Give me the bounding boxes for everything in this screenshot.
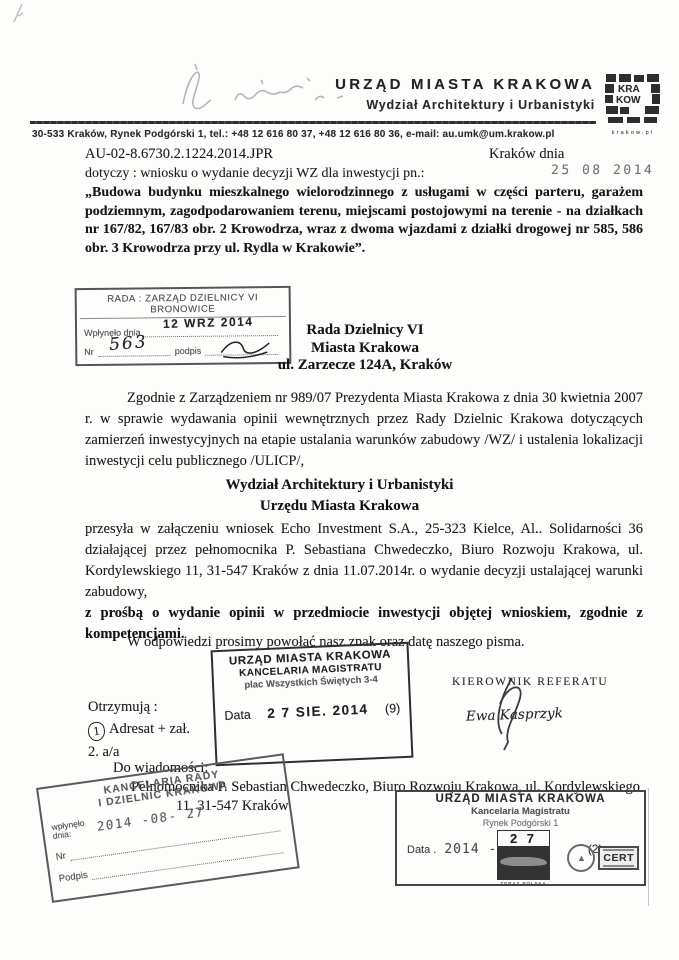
- br-stamp-date-day: 2 7: [497, 830, 550, 847]
- registry-stamp-bottom-right: URZĄD MIASTA KRAKOWA Kancelaria Magistra…: [395, 790, 646, 886]
- address-line: 30-533 Kraków, Rynek Podgórski 1, tel.: …: [32, 129, 555, 140]
- recipient-line3: ul. Zarzecze 124A, Kraków: [240, 357, 490, 375]
- body-paragraph-2-text: przesyła w załączeniu wniosek Echo Inves…: [85, 519, 643, 603]
- teraz-polska-flag-icon: [497, 847, 550, 880]
- org-name: URZĄD MIASTA KRAKOWA: [335, 76, 595, 93]
- cert-label: CERT: [603, 852, 634, 864]
- recipient-line1: Rada Dzielnicy VI: [240, 322, 490, 340]
- teraz-polska-caption: TERAZ POLSKA: [497, 881, 550, 886]
- distribution-heading: Otrzymują :: [88, 696, 190, 718]
- rada-stamp-title2: BRONOWICE: [80, 303, 286, 316]
- teraz-polska-logo: 2 7 TERAZ POLSKA: [497, 830, 550, 886]
- circled-number: 1: [87, 721, 106, 742]
- center-stamp-date: 2 7 SIE. 2014: [267, 702, 369, 721]
- rada-nr-handwritten: 563: [108, 332, 148, 355]
- header-rule: [30, 121, 596, 124]
- re-line: dotyczy : wniosku o wydanie decyzji WZ d…: [85, 166, 425, 182]
- distribution-list: Otrzymują : 1Adresat + zał. 2. a/a: [88, 696, 190, 763]
- krakow-logo-icon: KRA KOW: [605, 74, 661, 124]
- council-received-date-stamp: 2014 -08- 27: [96, 803, 205, 833]
- br-stamp-line2: Kancelaria Magistratu: [397, 806, 644, 817]
- iso-seal-icon: ▲: [567, 844, 595, 872]
- br-stamp-line3: Rynek Podgórski 1: [397, 818, 644, 828]
- document-page: URZĄD MIASTA KRAKOWA Wydział Architektur…: [0, 0, 679, 960]
- cert-bar: [603, 849, 634, 851]
- distribution-item-1: 1Adresat + zał.: [88, 718, 190, 741]
- registry-stamp-center: URZĄD MIASTA KRAKOWA KANCELARIA MAGISTRA…: [211, 642, 414, 767]
- council-registry-stamp: KANCELARIA RADY I DZIELNIC KRAKOWA wpłyn…: [36, 753, 300, 903]
- center-stamp-date-label: Data: [224, 708, 251, 723]
- br-stamp-date-label: Data .: [407, 844, 436, 856]
- council-received-label-2: dnia:: [52, 828, 86, 842]
- cert-badge: ▲ CERT: [567, 844, 639, 872]
- dept-heading-line2: Urzędu Miasta Krakowa: [0, 496, 679, 517]
- recipient-line2: Miasta Krakowa: [240, 340, 490, 358]
- body-paragraph-2: przesyła w załączeniu wniosek Echo Inves…: [85, 519, 643, 645]
- krakow-logo: KRA KOW krakow.pl: [604, 74, 662, 136]
- dept-heading: Wydział Architektury i Urbanistyki Urzęd…: [0, 475, 679, 517]
- cert-bar: [603, 865, 634, 867]
- subject-paragraph: „Budowa budynku mieszkalnego wielorodzin…: [85, 184, 643, 258]
- recipient-block: Rada Dzielnicy VI Miasta Krakowa ul. Zar…: [240, 322, 490, 375]
- place-date-label: Kraków dnia: [489, 146, 564, 163]
- dept-name: Wydział Architektury i Urbanistyki: [366, 98, 595, 112]
- council-nr-label: Nr: [55, 851, 66, 863]
- signer-name: Ewa Kasprzyk: [466, 705, 563, 724]
- date-stamp-top: 25 08 2014: [551, 163, 655, 178]
- distribution-item-1-label: Adresat + zał.: [109, 721, 190, 737]
- logo-text-top: KRA: [618, 84, 640, 95]
- cert-label-box: CERT: [598, 846, 639, 870]
- logo-caption: krakow.pl: [604, 130, 662, 136]
- rada-sign-label: podpis: [175, 346, 202, 356]
- case-number: AU-02-8.6730.2.1224.2014.JPR: [85, 146, 273, 163]
- rada-nr-label: Nr: [84, 347, 94, 357]
- logo-text-bottom: KOW: [616, 95, 641, 106]
- center-stamp-number: (9): [385, 701, 401, 716]
- dept-heading-line1: Wydział Architektury i Urbanistyki: [0, 475, 679, 496]
- scan-artifact-line: [648, 788, 649, 906]
- council-sign-label: Podpis: [58, 870, 88, 885]
- body-paragraph-1: Zgodnie z Zarządzeniem nr 989/07 Prezyde…: [85, 388, 643, 472]
- corner-pen-mark-icon: [8, 2, 32, 26]
- br-stamp-line1: URZĄD MIASTA KRAKOWA: [397, 793, 644, 805]
